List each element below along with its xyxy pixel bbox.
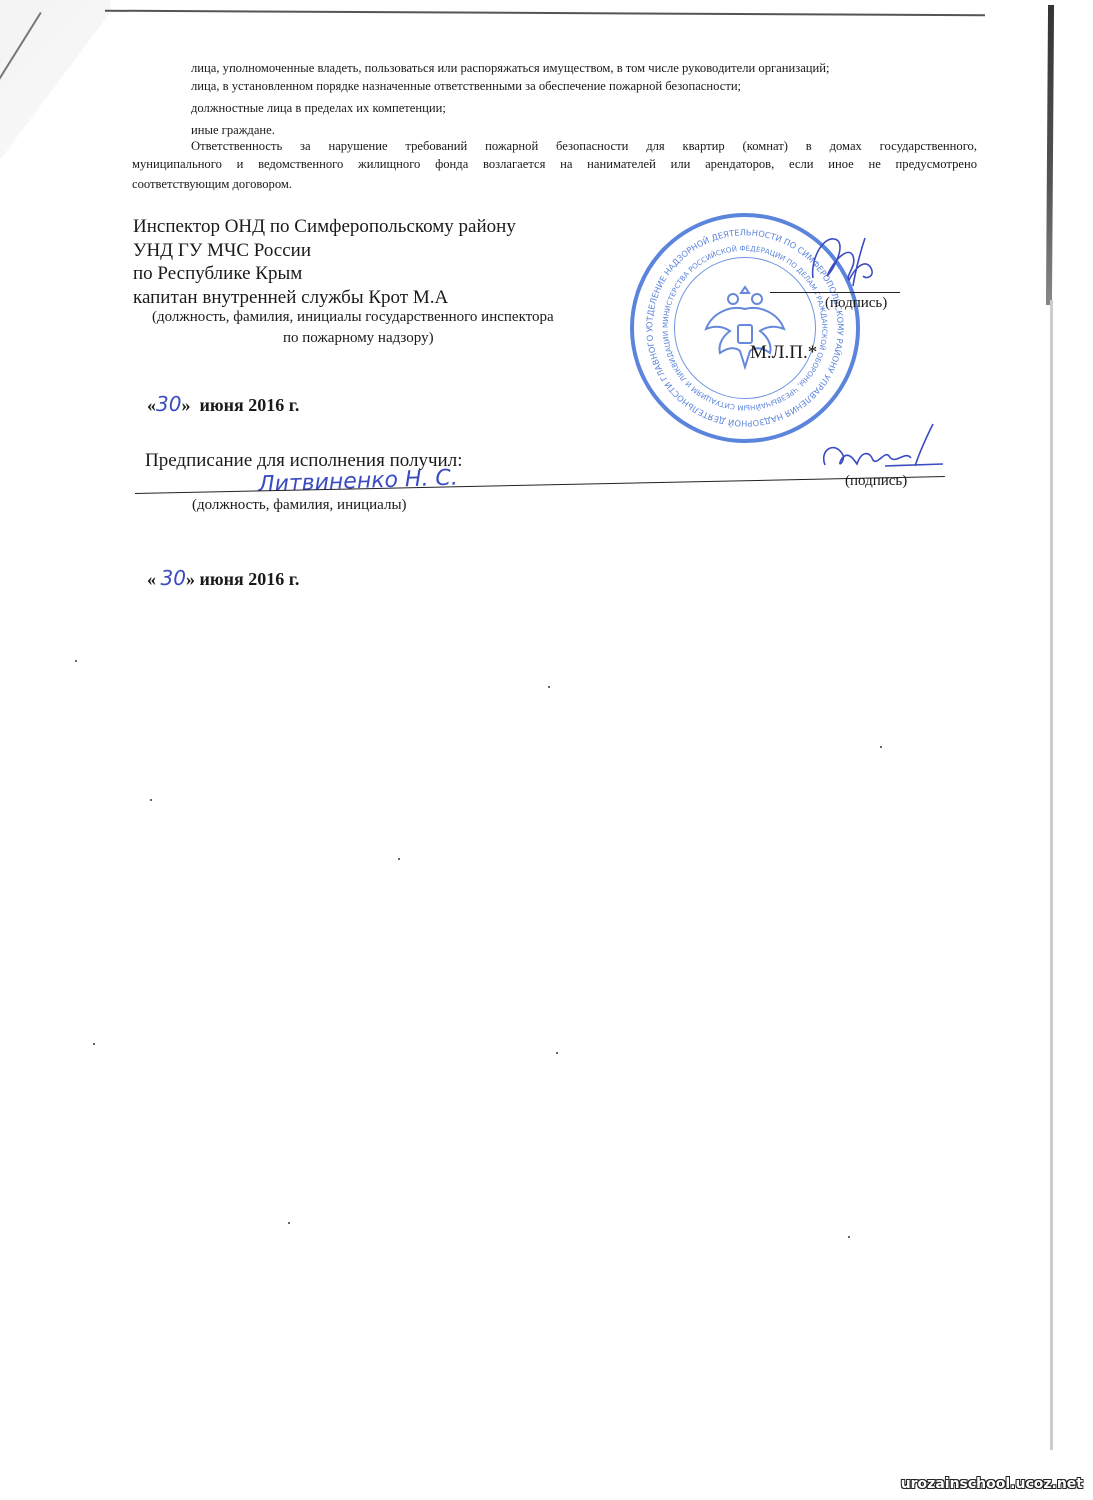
date-close-quote: »: [181, 395, 190, 415]
receipt-date: « 30» июня 2016 г.: [147, 566, 299, 590]
list-item: лица, уполномоченные владеть, пользовать…: [191, 61, 830, 76]
scan-speck: [548, 686, 550, 688]
inspector-title-line1: Инспектор ОНД по Симферопольскому району: [133, 216, 516, 238]
inspector-caption-line2: по пожарному надзору): [283, 330, 434, 347]
recipient-signature: [815, 420, 945, 475]
handwritten-day: 30: [156, 392, 181, 416]
scan-speck: [230, 66, 232, 68]
scan-speck: [150, 799, 152, 801]
list-item: лица, в установленном порядке назначенны…: [191, 79, 741, 94]
inspector-title-line3: по Республике Крым: [133, 263, 302, 285]
inspector-caption-line1: (должность, фамилия, инициалы государств…: [152, 309, 554, 326]
inspector-signature-line: [770, 292, 900, 293]
scan-speck: [880, 746, 882, 748]
responsibility-paragraph-line2: муниципального и ведомственного жилищног…: [132, 157, 977, 172]
handwritten-day: 30: [161, 566, 186, 590]
date-month-year: июня 2016 г.: [199, 395, 299, 415]
recipient-line: [135, 476, 945, 494]
responsibility-paragraph-line3: соответствующим договором.: [132, 177, 292, 192]
scan-speck: [93, 1043, 95, 1045]
date-month-year: июня 2016 г.: [199, 569, 299, 589]
scan-edge-right: [1046, 5, 1054, 305]
responsibility-paragraph-line1: Ответственность за нарушение требований …: [191, 139, 977, 154]
issue-date: «30» июня 2016 г.: [147, 392, 299, 416]
inspector-signature: [805, 228, 885, 288]
date-close-quote: »: [186, 569, 195, 589]
page-top-edge: [105, 10, 985, 17]
scan-speck: [288, 1222, 290, 1224]
inspector-title-line4: капитан внутренней службы Крот М.А: [133, 287, 448, 309]
scan-speck: [556, 1052, 558, 1054]
recipient-caption: (должность, фамилия, инициалы): [192, 497, 407, 514]
scan-edge-right-lower: [1050, 300, 1053, 1450]
list-item: должностные лица в пределах их компетенц…: [191, 101, 446, 116]
scan-speck: [848, 1236, 850, 1238]
inspector-title-line2: УНД ГУ МЧС России: [133, 240, 311, 262]
date-open-quote: «: [147, 395, 156, 415]
date-open-quote: «: [147, 569, 156, 589]
site-watermark: urozainschool.ucoz.net: [901, 1476, 1083, 1492]
inspector-signature-caption: (подпись): [825, 295, 887, 312]
stamp-place-label: М.Л.П.*: [750, 342, 817, 364]
folded-page-corner: [0, 0, 110, 160]
scan-speck: [75, 660, 77, 662]
recipient-signature-caption: (подпись): [845, 473, 907, 490]
list-item: иные граждане.: [191, 123, 275, 138]
scan-speck: [398, 858, 400, 860]
